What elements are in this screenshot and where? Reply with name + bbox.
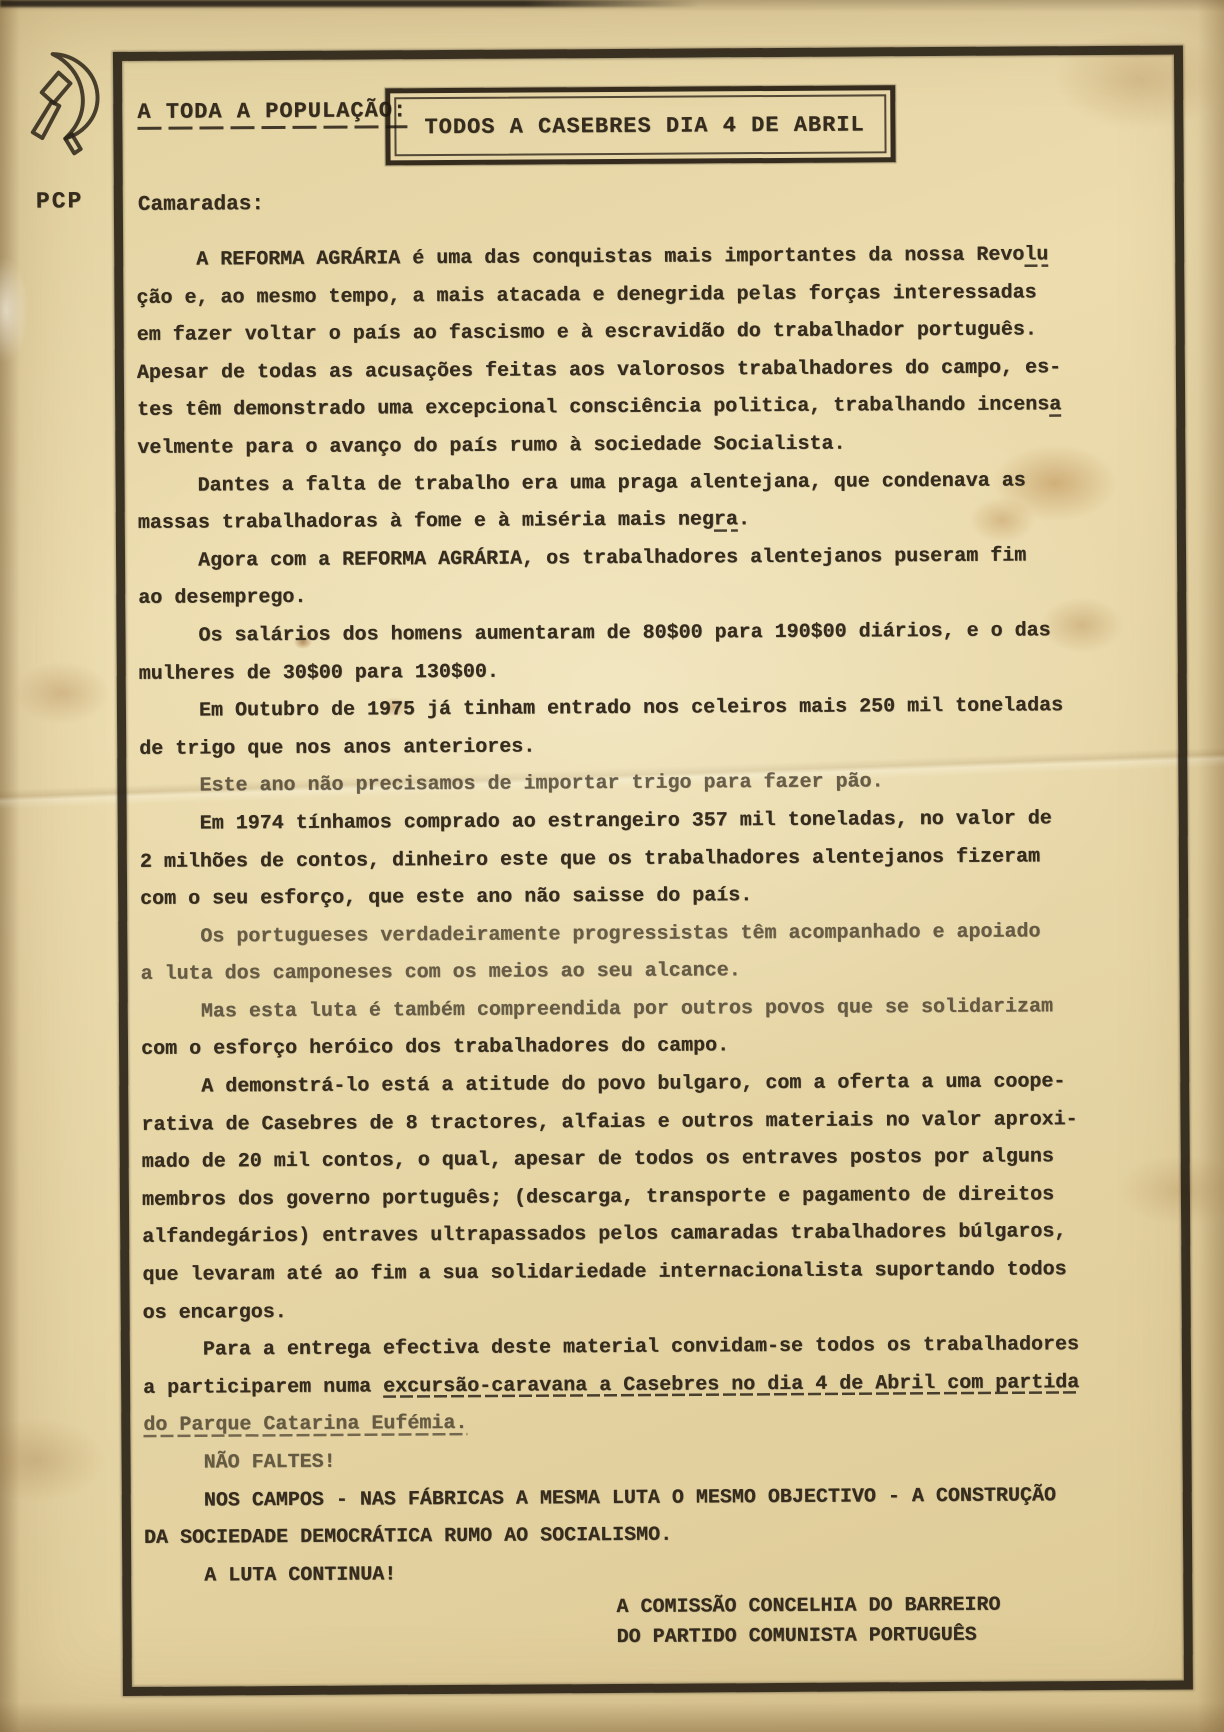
document-body: A REFORMA AGRÁRIA é uma das conquistas m… bbox=[136, 236, 1109, 1595]
signature-line-1: A COMISSÃO CONCELHIA DO BARREIRO bbox=[616, 1591, 1000, 1623]
event-title-box: TODOS A CASEBRES DIA 4 DE ABRIL bbox=[385, 85, 895, 165]
body-line: em fazer voltar o país ao fascismo e à e… bbox=[137, 311, 1102, 354]
body-line: 2 milhões de contos, dinheiro este que o… bbox=[140, 837, 1105, 880]
signature-block: A COMISSÃO CONCELHIA DO BARREIRO DO PART… bbox=[616, 1591, 1000, 1653]
body-line: NÃO FALTES! bbox=[143, 1439, 1108, 1482]
population-heading: A TODA A POPULAÇÃO: bbox=[137, 98, 407, 130]
body-line: rativa de Casebres de 8 tractores, alfai… bbox=[141, 1101, 1106, 1144]
salutation: Camaradas: bbox=[138, 193, 264, 217]
body-line: Este ano não precisamos de importar trig… bbox=[139, 762, 1104, 805]
body-line: NOS CAMPOS - NAS FÁBRICAS A MESMA LUTA O… bbox=[144, 1477, 1109, 1520]
body-line: alfandegários) entraves ultrapassados pe… bbox=[142, 1213, 1107, 1256]
body-line: Os portugueses verdadeiramente progressi… bbox=[140, 913, 1105, 956]
body-line: de trigo que nos anos anteriores. bbox=[139, 725, 1104, 768]
body-line: os encargos. bbox=[143, 1289, 1108, 1332]
body-line: ao desemprego. bbox=[138, 574, 1103, 617]
body-line: mado de 20 mil contos, o qual, apesar de… bbox=[142, 1138, 1107, 1181]
body-line: membros dos governo português; (descarga… bbox=[142, 1176, 1107, 1219]
body-line: Dantes a falta de trabalho era uma praga… bbox=[137, 462, 1102, 505]
body-line: Apesar de todas as acusações feitas aos … bbox=[137, 349, 1102, 392]
body-line: Agora com a REFORMA AGRÁRIA, os trabalha… bbox=[138, 537, 1103, 580]
body-line: com o esforço heróico dos trabalhadores … bbox=[141, 1025, 1106, 1068]
body-line: A REFORMA AGRÁRIA é uma das conquistas m… bbox=[136, 236, 1101, 279]
pcp-logo-label: PCP bbox=[36, 188, 84, 214]
body-line: que levaram até ao fim a sua solidarieda… bbox=[142, 1251, 1107, 1294]
body-line: do Parque Catarina Eufémia. bbox=[143, 1401, 1108, 1444]
body-line: A demonstrá-lo está a atitude do povo bu… bbox=[141, 1063, 1106, 1106]
signature-line-2: DO PARTIDO COMUNISTA PORTUGUÊS bbox=[617, 1621, 1001, 1653]
body-line: Para a entrega efectiva deste material c… bbox=[143, 1326, 1108, 1369]
leaflet-page: PCP A TODA A POPULAÇÃO: TODOS A CASEBRES… bbox=[0, 0, 1224, 1732]
pcp-hammer-sickle-logo bbox=[17, 30, 114, 179]
hammer-sickle-icon bbox=[8, 25, 122, 184]
event-title: TODOS A CASEBRES DIA 4 DE ABRIL bbox=[394, 94, 886, 156]
body-line: a luta dos camponeses com os meios ao se… bbox=[140, 950, 1105, 993]
body-line: ção e, ao mesmo tempo, a mais atacada e … bbox=[136, 274, 1101, 317]
body-line: A LUTA CONTINUA! bbox=[144, 1552, 1109, 1595]
body-line: Mas esta luta é também compreendida por … bbox=[141, 988, 1106, 1031]
body-line: mulheres de 30$00 para 130$00. bbox=[139, 650, 1104, 693]
page-content: PCP A TODA A POPULAÇÃO: TODOS A CASEBRES… bbox=[0, 0, 1224, 1732]
body-line: tes têm demonstrado uma excepcional cons… bbox=[137, 386, 1102, 429]
body-line: Os salários dos homens aumentaram de 80$… bbox=[138, 612, 1103, 655]
body-line: a participarem numa excursão-caravana a … bbox=[143, 1364, 1108, 1407]
body-line: Em 1974 tínhamos comprado ao estrangeiro… bbox=[140, 800, 1105, 843]
body-line: Em Outubro de 1975 já tinham entrado nos… bbox=[139, 687, 1104, 730]
body-line: massas trabalhadoras à fome e à miséria … bbox=[138, 499, 1103, 542]
body-line: DA SOCIEDADE DEMOCRÁTICA RUMO AO SOCIALI… bbox=[144, 1514, 1109, 1557]
body-line: com o seu esforço, que este ano não sais… bbox=[140, 875, 1105, 918]
body-line: velmente para o avanço do país rumo à so… bbox=[137, 424, 1102, 467]
